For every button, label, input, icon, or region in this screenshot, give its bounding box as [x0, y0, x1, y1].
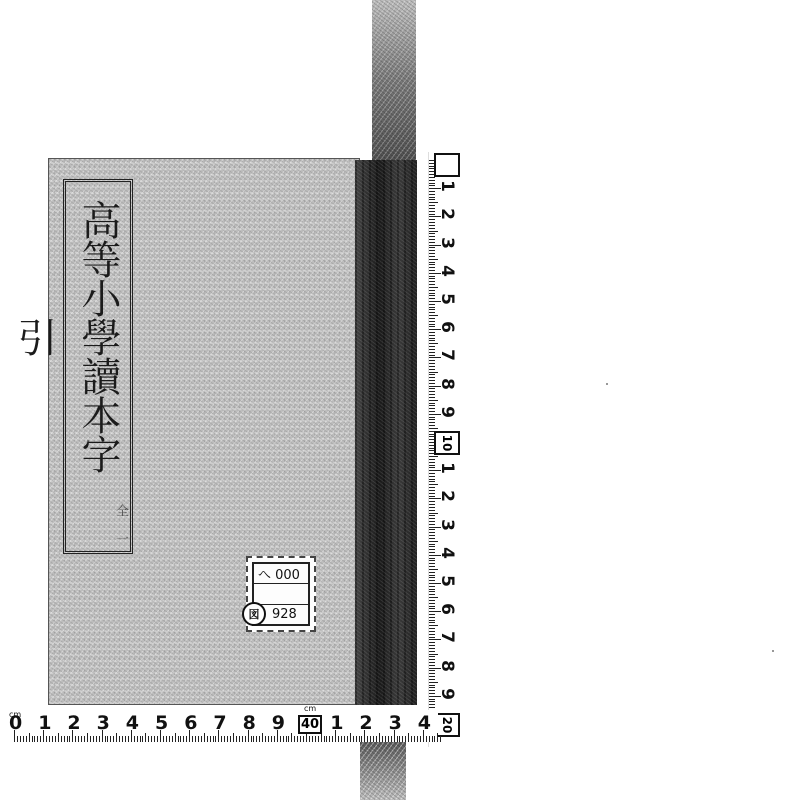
- ruler-tick: [429, 560, 435, 561]
- ruler-tick: [429, 606, 435, 607]
- ruler-tick: [429, 676, 435, 677]
- ruler-tick: [429, 377, 435, 378]
- ruler-tick: [236, 736, 237, 742]
- ruler-tick: [429, 515, 435, 516]
- ruler-tick: [429, 278, 435, 279]
- ruler-tick: [429, 631, 435, 632]
- ruler-tick: [142, 736, 143, 742]
- ruler-tick: [34, 736, 35, 742]
- ruler-tick: [291, 733, 292, 742]
- ruler-tick: [23, 736, 24, 742]
- ruler-tick: [429, 403, 435, 404]
- ruler-tick: [294, 736, 295, 742]
- ruler-tick: [87, 733, 88, 742]
- book-strap-bottom: [360, 742, 406, 800]
- ruler-tick: [175, 733, 176, 742]
- ruler-tick: [429, 487, 435, 488]
- ruler-tick: [429, 558, 435, 559]
- ruler-tick: [429, 417, 435, 418]
- ruler-tick: [397, 736, 398, 742]
- ruler-tick: [429, 699, 435, 700]
- ruler-label: 1: [38, 712, 51, 734]
- ruler-tick: [429, 642, 435, 643]
- ruler-tick: [169, 736, 170, 742]
- ruler-tick: [429, 309, 435, 310]
- ruler-tick: [154, 736, 155, 742]
- ruler-tick: [429, 707, 435, 708]
- ruler-tick: [318, 736, 319, 742]
- ruler-tick: [58, 733, 59, 742]
- ruler-tick: [429, 276, 435, 277]
- ruler-tick: [429, 504, 435, 505]
- ruler-tick: [195, 736, 196, 742]
- ruler-tick: [429, 575, 435, 576]
- ruler-tick: [429, 518, 435, 519]
- ruler-tick: [429, 205, 435, 206]
- ruler-tick: [321, 733, 322, 742]
- ruler-tick: [429, 538, 435, 539]
- ruler-tick: [356, 736, 357, 742]
- ruler-tick: [210, 736, 211, 742]
- ruler-tick: [429, 324, 435, 325]
- ruler-tick: [183, 736, 184, 742]
- ruler-tick: [429, 394, 435, 395]
- ruler-tick: [429, 532, 435, 533]
- vertical-ruler: 1234567891012345678920: [428, 152, 459, 747]
- ruler-tick: [429, 600, 435, 601]
- ruler-label: 6: [184, 712, 197, 734]
- ruler-tick: [429, 211, 435, 212]
- ruler-tick: [405, 736, 406, 742]
- ruler-tick: [376, 736, 377, 742]
- ruler-tick: [429, 304, 435, 305]
- ruler-tick: [429, 634, 435, 635]
- ruler-tick: [116, 733, 117, 742]
- ruler-tick: [198, 736, 199, 742]
- ruler-tick: [429, 388, 435, 389]
- ruler-tick: [429, 307, 435, 308]
- ruler-tick: [46, 736, 47, 742]
- ruler-tick: [429, 459, 435, 460]
- ruler-tick: [408, 733, 409, 742]
- ruler-tick: [429, 580, 435, 581]
- ruler-tick: [429, 679, 435, 680]
- ruler-tick: [429, 391, 435, 392]
- ruler-tick: [429, 281, 435, 282]
- ruler-tick: [429, 428, 438, 429]
- ruler-tick: [253, 736, 254, 742]
- ruler-tick: [440, 736, 441, 742]
- ruler-tick: [40, 736, 41, 742]
- ruler-label: 9: [437, 400, 457, 424]
- ruler-tick: [61, 736, 62, 742]
- ruler-tick: [429, 262, 435, 263]
- ruler-label: 8: [437, 372, 457, 396]
- ruler-tick: [429, 422, 435, 423]
- ruler-tick: [429, 177, 435, 178]
- ruler-tick: [148, 736, 149, 742]
- ruler-tick: [429, 628, 435, 629]
- ruler-tick: [329, 736, 330, 742]
- ruler-tick: [429, 507, 435, 508]
- ruler-tick: [429, 529, 435, 530]
- ruler-tick: [113, 736, 114, 742]
- ruler-tick: [122, 736, 123, 742]
- ruler-tick: [429, 563, 435, 564]
- ruler-tick: [429, 239, 435, 240]
- ruler-tick: [429, 326, 435, 327]
- ruler-label: 6: [437, 597, 457, 621]
- ruler-tick: [344, 736, 345, 742]
- ruler-tick: [350, 733, 351, 742]
- ruler-tick: [90, 736, 91, 742]
- ruler-tick: [429, 191, 435, 192]
- ruler-tick: [429, 298, 435, 299]
- ruler-tick: [429, 620, 435, 621]
- ruler-tick: [17, 736, 18, 742]
- ruler-tick: [429, 355, 435, 356]
- ruler-tick: [429, 219, 435, 220]
- ruler-tick: [429, 199, 435, 200]
- ruler-tick: [37, 736, 38, 742]
- ruler-tick: [429, 648, 435, 649]
- ruler-tick: [110, 736, 111, 742]
- book-subtitle: 全 一: [66, 497, 130, 552]
- ruler-tick: [29, 733, 30, 742]
- ruler-tick: [215, 736, 216, 742]
- ruler-tick: [429, 197, 435, 198]
- ruler-tick: [274, 736, 275, 742]
- ruler-tick: [262, 733, 263, 742]
- ruler-tick: [373, 736, 374, 742]
- ruler-tick: [288, 736, 289, 742]
- ruler-label: 5: [155, 712, 168, 734]
- ruler-label: 1: [437, 174, 457, 198]
- ruler-tick: [140, 736, 141, 742]
- ruler-tick: [437, 733, 438, 742]
- ruler-tick: [429, 617, 435, 618]
- ruler-tick: [429, 214, 435, 215]
- ruler-tick: [180, 736, 181, 742]
- ruler-tick: [429, 670, 435, 671]
- ruler-label: 5: [437, 287, 457, 311]
- ruler-label: 8: [243, 712, 256, 734]
- ruler-tick: [429, 608, 435, 609]
- ruler-tick: [186, 736, 187, 742]
- ruler-tick: [338, 736, 339, 742]
- ruler-label: 3: [389, 712, 402, 734]
- ruler-tick: [385, 736, 386, 742]
- ruler-tick: [429, 318, 435, 319]
- ruler-boxed-label: 40: [298, 715, 322, 734]
- ruler-tick: [402, 736, 403, 742]
- book-title: 高等小學讀本字引: [66, 186, 130, 486]
- ruler-label: 3: [437, 231, 457, 255]
- ruler-tick: [429, 637, 435, 638]
- ruler-tick: [429, 408, 435, 409]
- ruler-tick: [370, 736, 371, 742]
- ruler-tick: [429, 521, 435, 522]
- ruler-tick: [429, 736, 430, 742]
- ruler-tick: [26, 736, 27, 742]
- ruler-tick: [49, 736, 50, 742]
- ruler-tick: [429, 603, 435, 604]
- ruler-tick: [388, 736, 389, 742]
- ruler-tick: [429, 594, 435, 595]
- ruler-tick: [426, 736, 427, 742]
- ruler-tick: [429, 383, 435, 384]
- ruler-tick: [432, 736, 433, 742]
- ruler-tick: [429, 363, 435, 364]
- ruler-tick: [145, 733, 146, 742]
- ruler-label: 1: [330, 712, 343, 734]
- ruler-tick: [429, 704, 435, 705]
- ruler-tick: [434, 736, 435, 742]
- label-row-call-number: へ 000: [254, 564, 308, 584]
- ruler-tick: [429, 346, 435, 347]
- library-label: へ 000 928 図: [246, 556, 316, 632]
- ruler-tick: [429, 332, 435, 333]
- ruler-tick: [429, 673, 435, 674]
- ruler-tick: [429, 312, 435, 313]
- ruler-tick: [429, 242, 435, 243]
- ruler-tick: [429, 425, 435, 426]
- ruler-tick: [429, 572, 435, 573]
- ruler-tick: [429, 222, 435, 223]
- ruler-tick: [429, 465, 435, 466]
- ruler-tick: [429, 473, 435, 474]
- ruler-label: 8: [437, 654, 457, 678]
- ruler-tick: [429, 685, 435, 686]
- ruler-tick: [391, 736, 392, 742]
- ruler-tick: [75, 736, 76, 742]
- ruler-tick: [429, 284, 435, 285]
- ruler-tick: [107, 736, 108, 742]
- ruler-tick: [227, 736, 228, 742]
- ruler-tick: [429, 687, 435, 688]
- ruler-tick: [128, 736, 129, 742]
- ruler-tick: [265, 736, 266, 742]
- ruler-tick: [429, 510, 435, 511]
- ruler-tick: [271, 736, 272, 742]
- ruler-tick: [125, 736, 126, 742]
- ruler-tick: [429, 352, 435, 353]
- ruler-tick: [429, 549, 435, 550]
- ruler-tick: [429, 501, 435, 502]
- ruler-tick: [429, 374, 435, 375]
- ruler-tick: [429, 490, 435, 491]
- ruler-tick: [414, 736, 415, 742]
- ruler-tick: [192, 736, 193, 742]
- ruler-tick: [429, 295, 435, 296]
- ruler-tick: [429, 380, 435, 381]
- ruler-tick: [309, 736, 310, 742]
- ruler-label: 2: [359, 712, 372, 734]
- ruler-tick: [429, 546, 435, 547]
- ruler-tick: [429, 467, 435, 468]
- ruler-tick: [429, 256, 435, 257]
- ruler-label: 5: [437, 569, 457, 593]
- ruler-tick: [429, 496, 435, 497]
- ruler-tick: [163, 736, 164, 742]
- ruler-tick: [245, 736, 246, 742]
- book-strap-top: [372, 0, 416, 160]
- ruler-tick: [429, 656, 435, 657]
- title-panel: 高等小學讀本字引 全 一: [63, 179, 133, 554]
- ruler-label: 2: [437, 202, 457, 226]
- ruler-tick: [429, 566, 435, 567]
- ruler-tick: [259, 736, 260, 742]
- ruler-tick: [429, 360, 435, 361]
- ruler-tick: [256, 736, 257, 742]
- ruler-tick: [224, 736, 225, 742]
- ruler-label: 4: [418, 712, 431, 734]
- ruler-tick: [429, 479, 435, 480]
- ruler-tick: [429, 270, 435, 271]
- ruler-tick: [429, 236, 435, 237]
- ruler-tick: [429, 665, 435, 666]
- ruler-tick: [326, 736, 327, 742]
- ruler-tick: [429, 693, 435, 694]
- ruler-label: 2: [437, 484, 457, 508]
- ruler-boxed-label: 10: [434, 431, 460, 455]
- ruler-tick: [429, 524, 435, 525]
- ruler-tick: [361, 736, 362, 742]
- ruler-tick: [172, 736, 173, 742]
- ruler-tick: [429, 614, 435, 615]
- ruler-tick: [429, 338, 435, 339]
- book-spine: [355, 160, 417, 705]
- ruler-tick: [99, 736, 100, 742]
- ruler-tick: [429, 340, 435, 341]
- scan-speck: [772, 650, 774, 652]
- ruler-tick: [429, 228, 435, 229]
- ruler-tick: [64, 736, 65, 742]
- ruler-label: 7: [213, 712, 226, 734]
- ruler-tick: [429, 462, 435, 463]
- ruler-tick: [411, 736, 412, 742]
- ruler-tick: [429, 180, 435, 181]
- ruler-tick: [157, 736, 158, 742]
- ruler-tick: [429, 690, 435, 691]
- ruler-tick: [96, 736, 97, 742]
- ruler-tick: [429, 267, 435, 268]
- ruler-tick: [429, 185, 435, 186]
- ruler-tick: [429, 645, 435, 646]
- ruler-label: 9: [437, 682, 457, 706]
- ruler-tick: [429, 208, 435, 209]
- ruler-tick: [78, 736, 79, 742]
- ruler-tick: [69, 736, 70, 742]
- ruler-tick: [429, 250, 435, 251]
- ruler-label: 4: [126, 712, 139, 734]
- ruler-tick: [52, 736, 53, 742]
- ruler-tick: [297, 736, 298, 742]
- ruler-tick: [178, 736, 179, 742]
- ruler-tick: [417, 736, 418, 742]
- horizontal-ruler: 0123456789401234cmcm: [8, 710, 438, 742]
- ruler-tick: [166, 736, 167, 742]
- ruler-tick: [429, 589, 435, 590]
- ruler-tick: [429, 264, 435, 265]
- ruler-tick: [429, 349, 435, 350]
- ruler-tick: [201, 736, 202, 742]
- ruler-label: 4: [437, 541, 457, 565]
- ruler-tick: [429, 247, 435, 248]
- ruler-label: 7: [437, 343, 457, 367]
- ruler-tick: [151, 736, 152, 742]
- ruler-tick: [81, 736, 82, 742]
- ruler-tick: [233, 733, 234, 742]
- ruler-tick: [429, 253, 435, 254]
- ruler-tick: [312, 736, 313, 742]
- ruler-tick: [429, 535, 435, 536]
- ruler-unit: cm: [9, 710, 21, 719]
- ruler-tick: [32, 736, 33, 742]
- ruler-tick: [429, 622, 435, 623]
- ruler-tick: [382, 736, 383, 742]
- ruler-tick: [251, 736, 252, 742]
- ruler-tick: [429, 397, 435, 398]
- ruler-label: 6: [437, 315, 457, 339]
- ruler-tick: [137, 736, 138, 742]
- ruler-tick: [93, 736, 94, 742]
- library-stamp-icon: 図: [242, 602, 266, 626]
- ruler-tick: [429, 411, 435, 412]
- ruler-tick: [239, 736, 240, 742]
- ruler-tick: [20, 736, 21, 742]
- ruler-label: 1: [437, 456, 457, 480]
- label-row-blank: [254, 584, 308, 604]
- ruler-tick: [429, 544, 435, 545]
- ruler-label: 3: [97, 712, 110, 734]
- ruler-label: 3: [437, 513, 457, 537]
- ruler-tick: [429, 586, 435, 587]
- ruler-tick: [207, 736, 208, 742]
- ruler-tick: [429, 591, 435, 592]
- ruler-tick: [242, 736, 243, 742]
- ruler-tick: [429, 225, 435, 226]
- ruler-tick: [67, 736, 68, 742]
- ruler-tick: [283, 736, 284, 742]
- ruler-tick: [429, 476, 435, 477]
- ruler-tick: [429, 321, 435, 322]
- ruler-tick: [420, 736, 421, 742]
- ruler-tick: [429, 293, 435, 294]
- ruler-tick: [429, 552, 435, 553]
- ruler-tick: [341, 736, 342, 742]
- ruler-tick: [105, 736, 106, 742]
- ruler-tick: [221, 736, 222, 742]
- ruler-tick: [280, 736, 281, 742]
- ruler-label: 4: [437, 259, 457, 283]
- ruler-tick: [429, 194, 435, 195]
- ruler-tick: [303, 736, 304, 742]
- scan-speck: [606, 383, 608, 385]
- ruler-tick: [230, 736, 231, 742]
- ruler-tick: [55, 736, 56, 742]
- ruler-tick: [429, 662, 435, 663]
- ruler-tick: [429, 419, 435, 420]
- ruler-label: 7: [437, 625, 457, 649]
- ruler-tick: [268, 736, 269, 742]
- ruler-tick: [399, 736, 400, 742]
- ruler-tick: [429, 493, 435, 494]
- ruler-tick: [429, 405, 435, 406]
- ruler-tick: [367, 736, 368, 742]
- ruler-tick: [286, 736, 287, 742]
- ruler-unit: cm: [304, 704, 316, 713]
